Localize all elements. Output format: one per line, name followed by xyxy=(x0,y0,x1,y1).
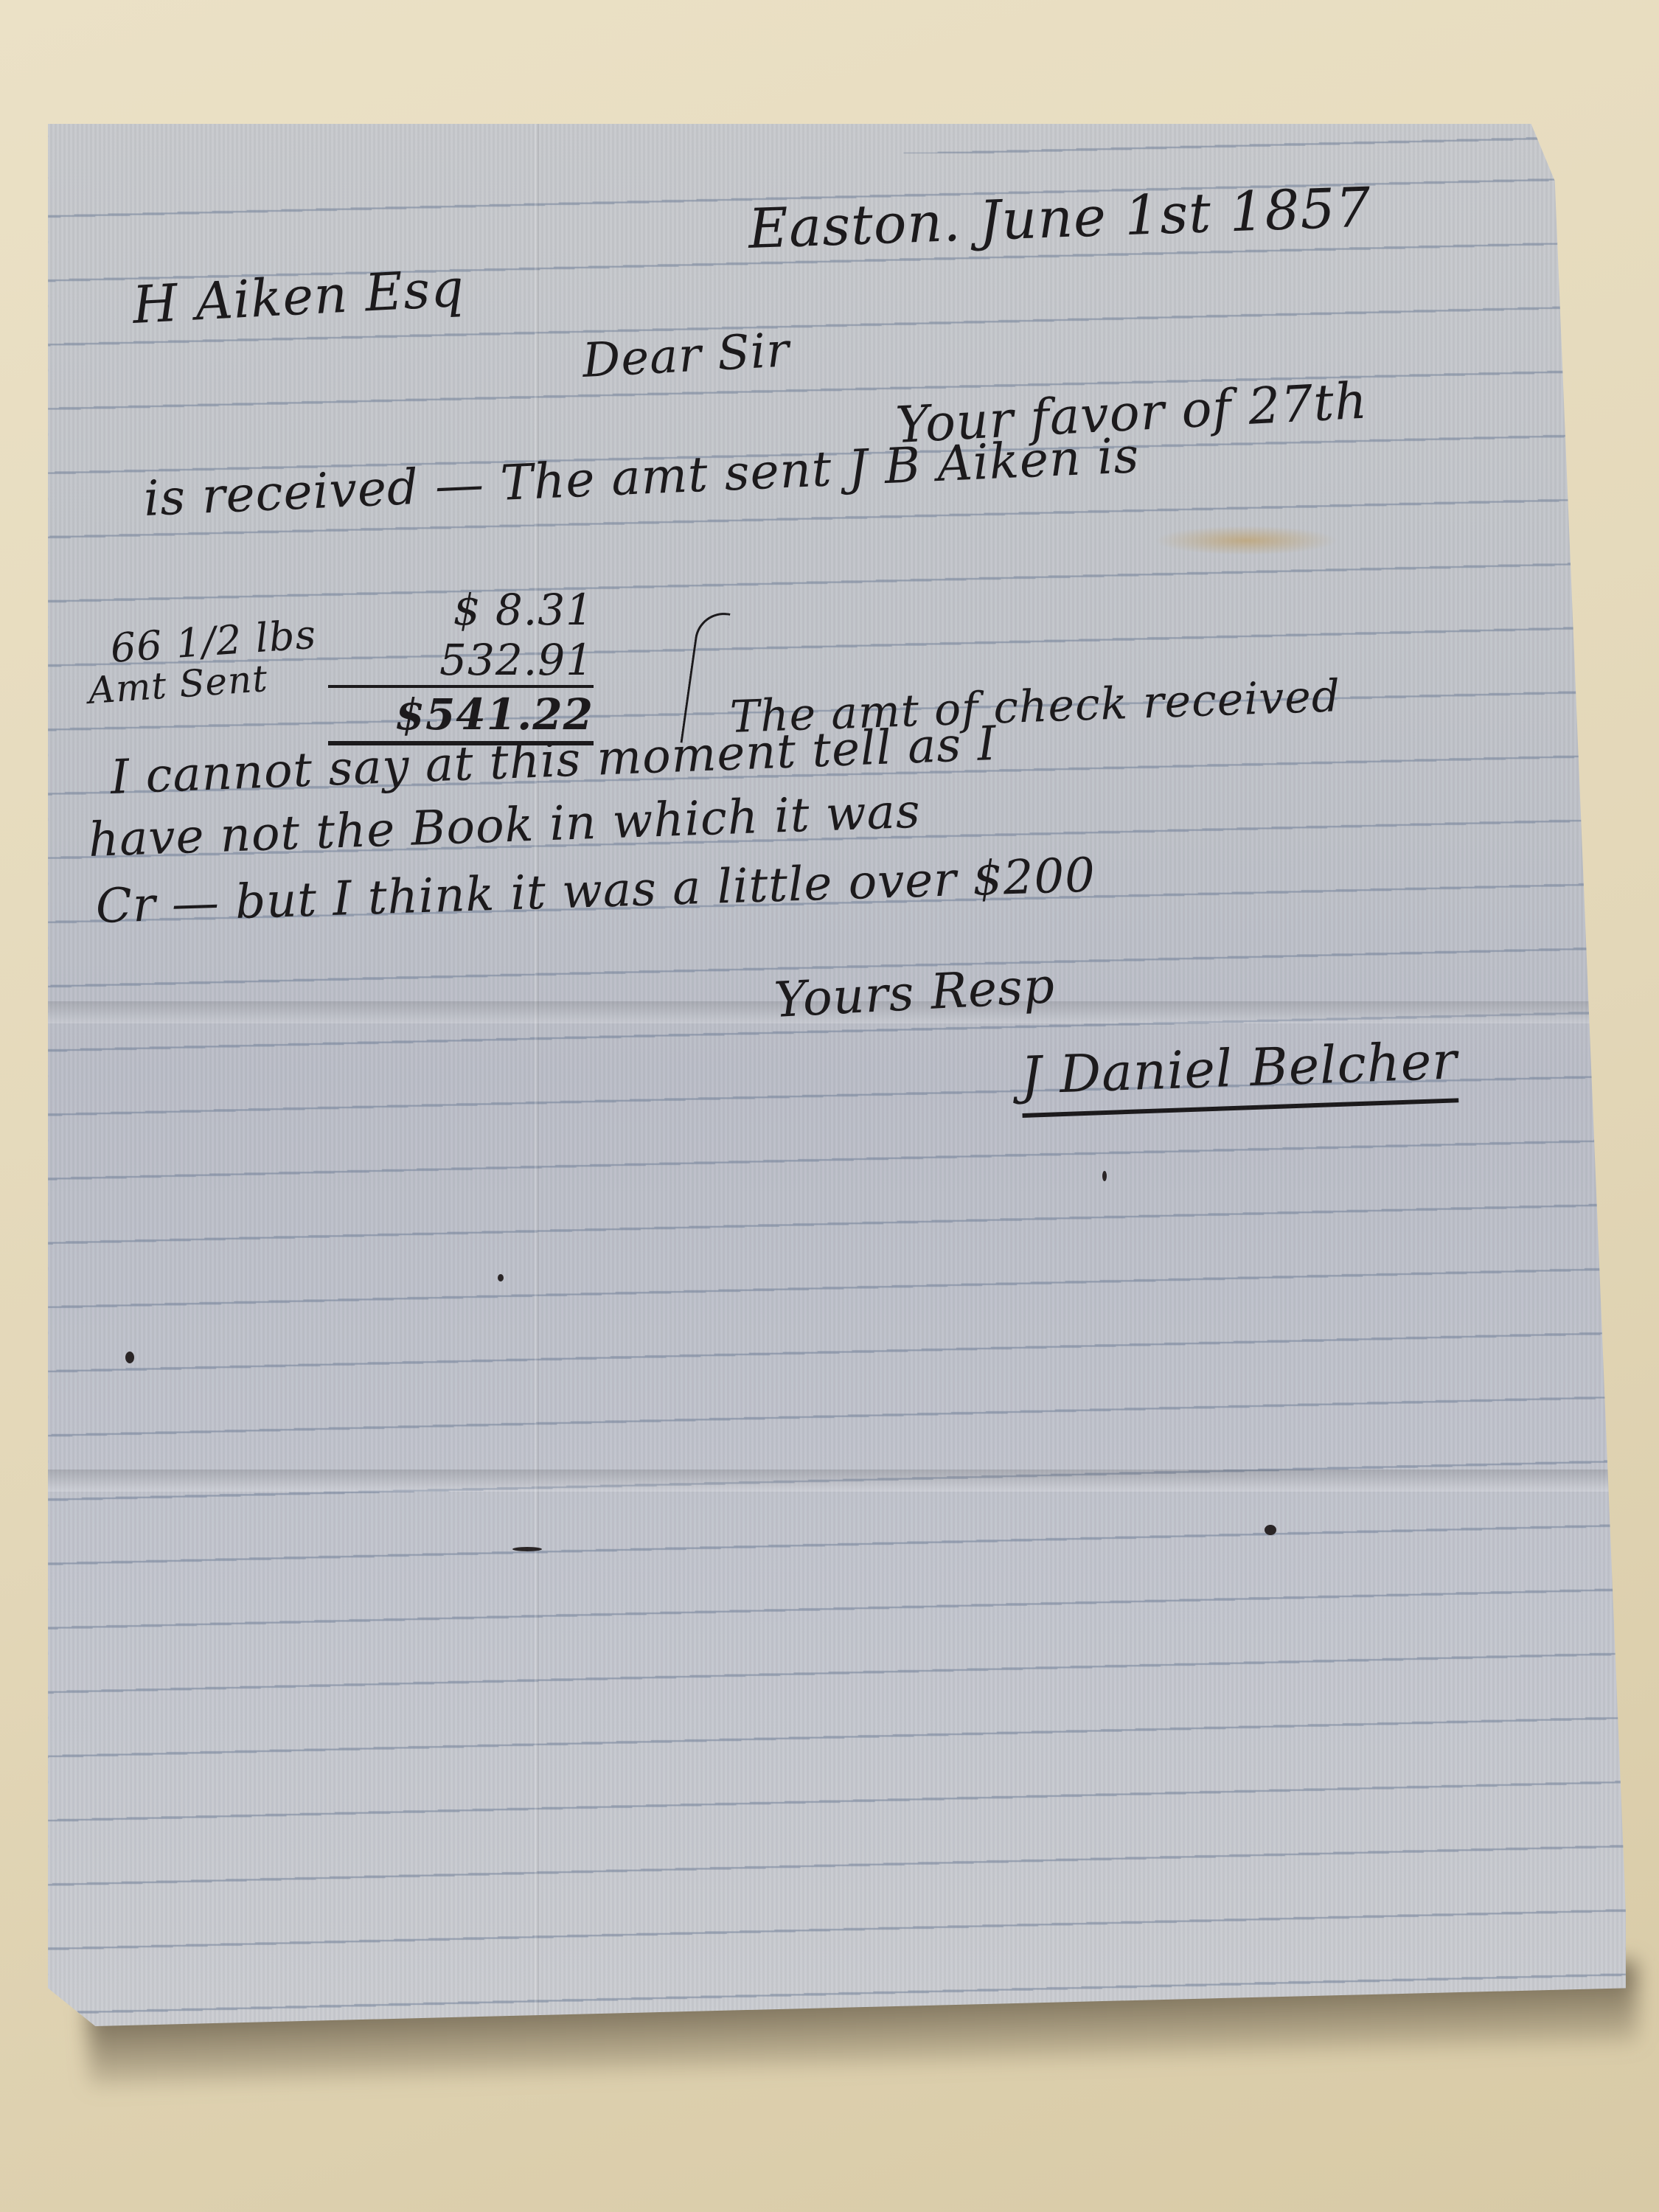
age-stain xyxy=(1154,526,1338,555)
salutation: Dear Sir xyxy=(581,323,791,389)
vertical-fold xyxy=(535,124,539,2026)
ink-spot xyxy=(1265,1525,1276,1535)
calculation-block: $ 8.31 532.91 $541.22 xyxy=(328,585,594,745)
calc-item-2: 532.91 xyxy=(328,635,594,685)
ink-spot xyxy=(125,1352,134,1363)
calc-item-1: $ 8.31 xyxy=(328,585,594,635)
signature: J Daniel Belcher xyxy=(1020,1030,1458,1118)
ink-spot xyxy=(512,1547,542,1551)
horizontal-fold-lower xyxy=(48,1470,1626,1492)
ink-spot xyxy=(498,1274,504,1281)
letter-sheet: Easton. June 1st 1857 H Aiken Esq Dear S… xyxy=(48,124,1626,2026)
ink-spot xyxy=(1102,1171,1107,1181)
